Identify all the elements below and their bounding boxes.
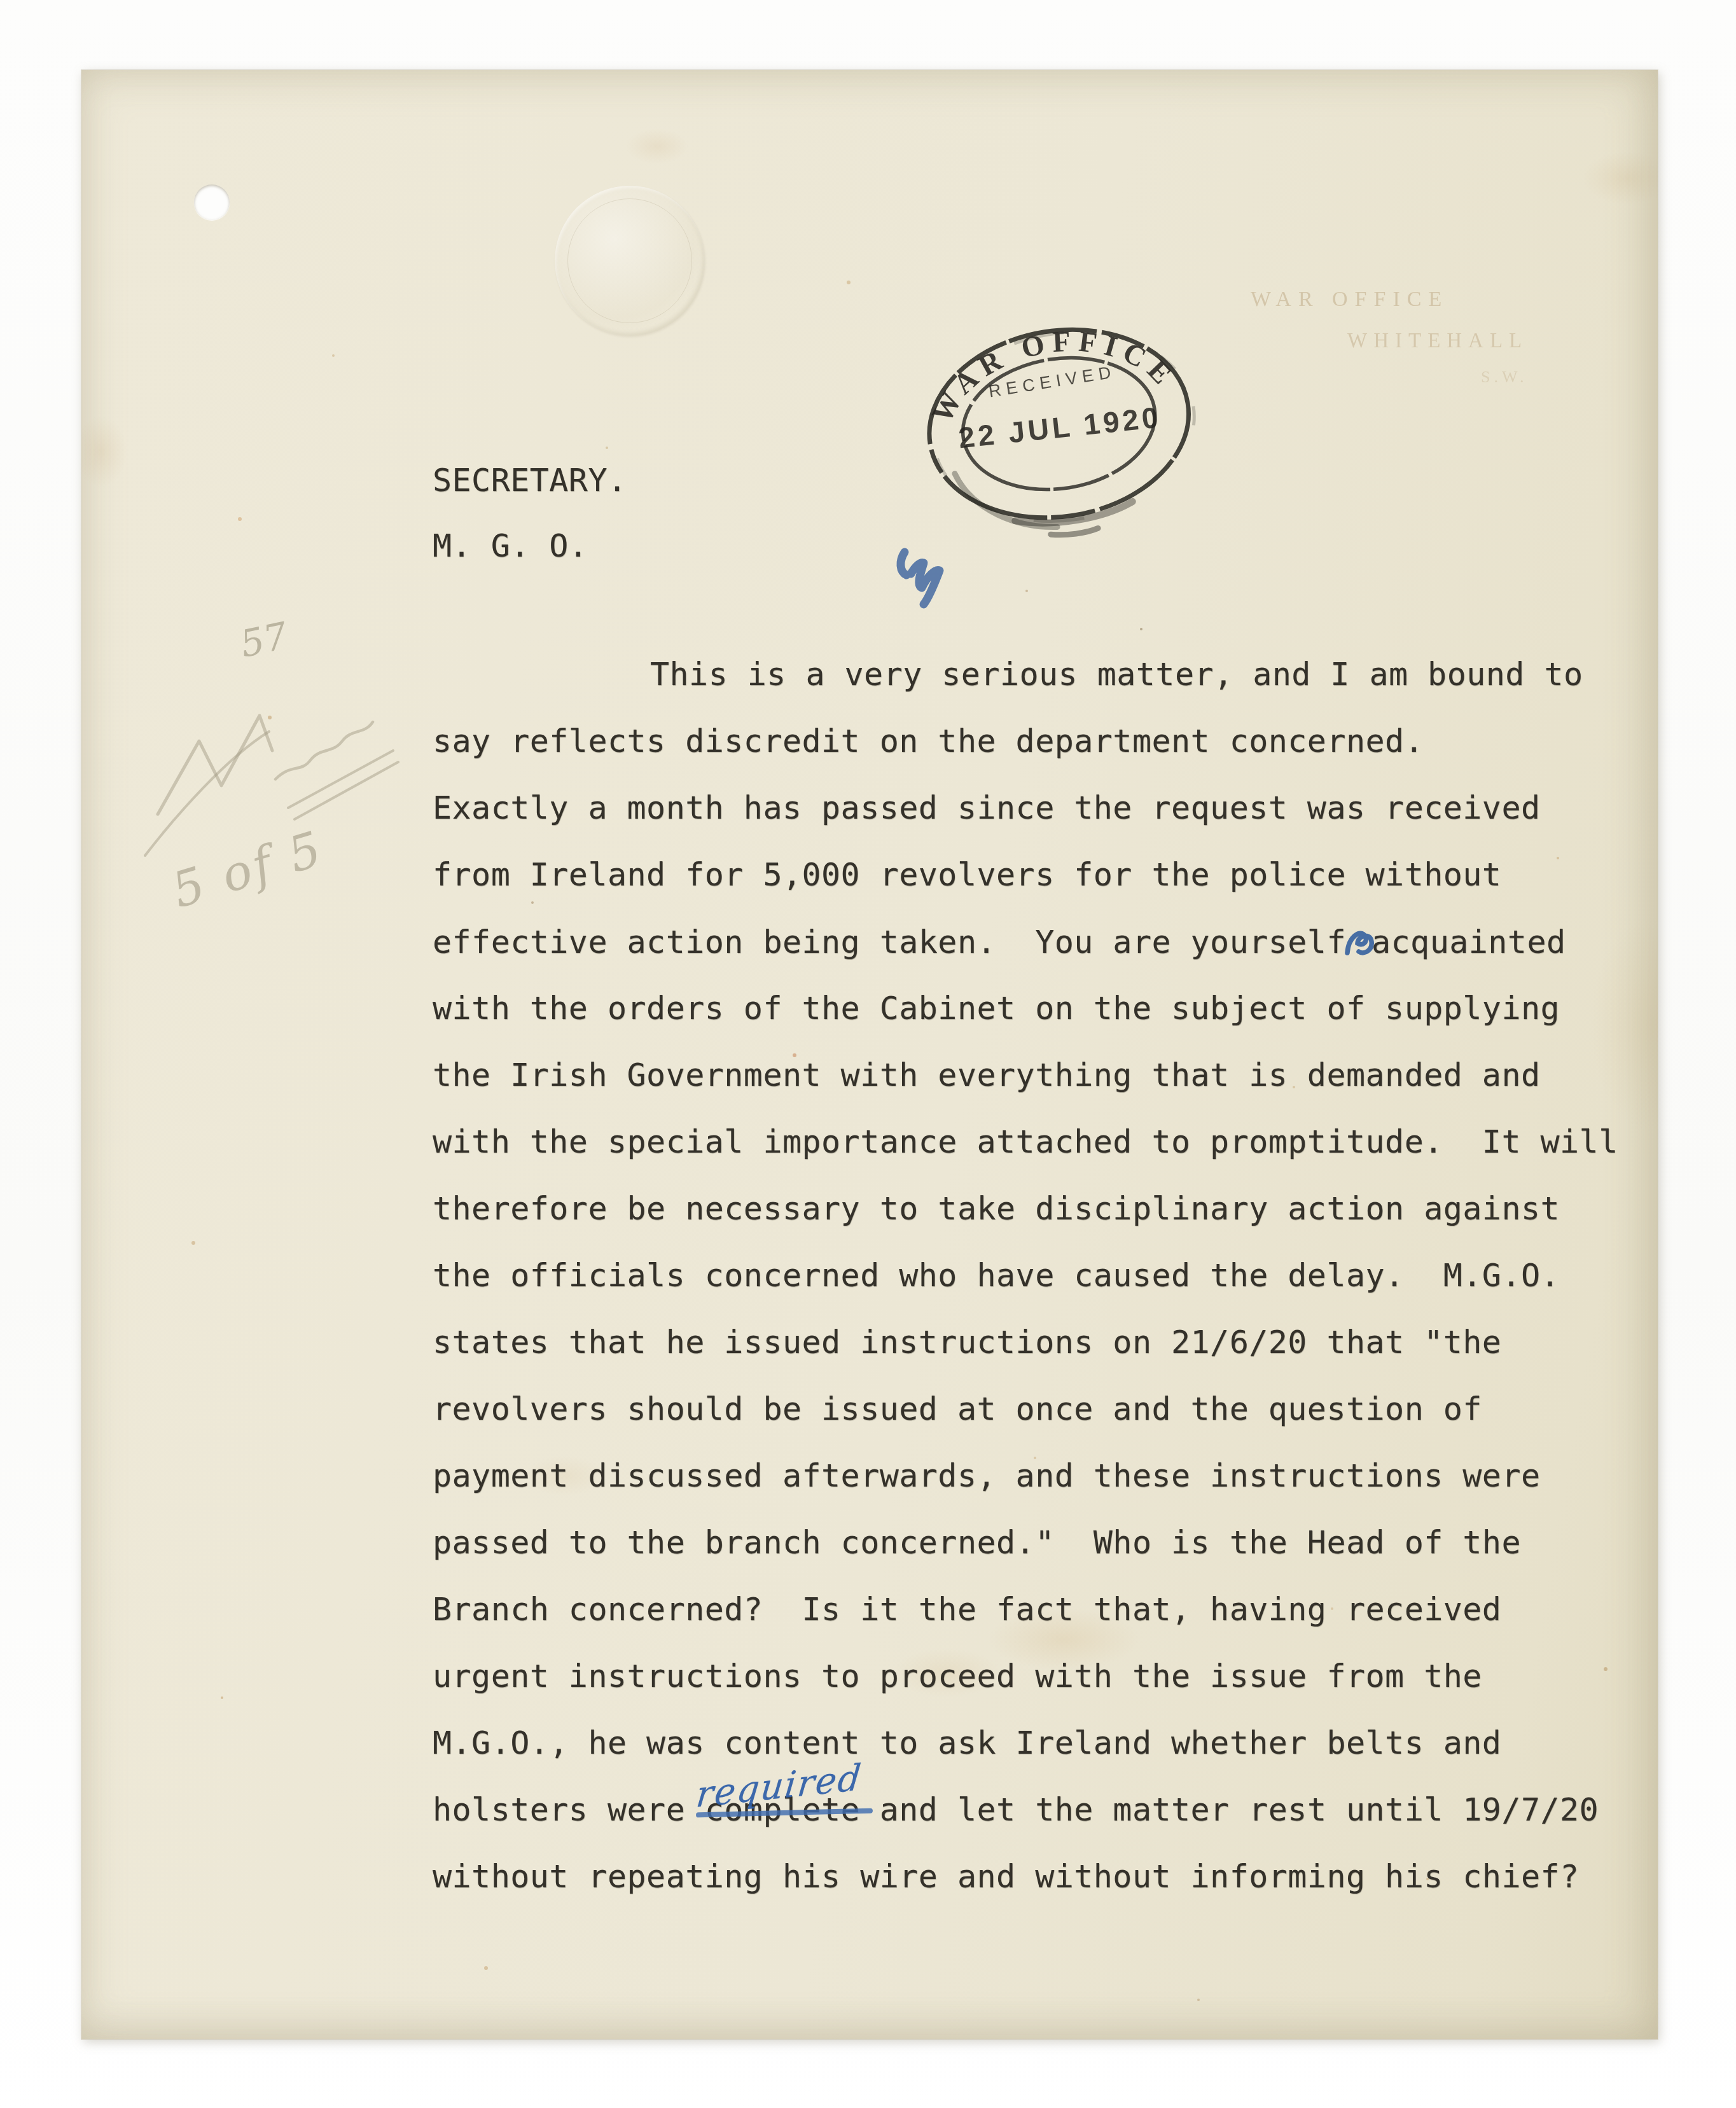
typed-text: payment discussed afterwards, and these … [433, 1457, 1541, 1494]
stamp-date-text: 22 JUL 1920 [957, 400, 1163, 454]
typed-text: M.G.O., he was content to ask Ireland wh… [433, 1724, 1501, 1761]
typed-line: say reflects discredit on the department… [433, 722, 1424, 760]
typed-line: payment discussed afterwards, and these … [433, 1457, 1541, 1495]
blue-ink-blob [1343, 922, 1375, 960]
typed-line: without repeating his wire and without i… [433, 1857, 1580, 1896]
typed-text: the officials concerned who have caused … [433, 1257, 1560, 1294]
document-page: WAR OFFICE WHITEHALL S.W. WAR OFFICE REC… [81, 70, 1658, 2039]
typed-line: with the special importance attached to … [433, 1123, 1618, 1161]
typed-text: Exactly a month has passed since the req… [433, 789, 1541, 826]
embossed-seal [555, 186, 705, 336]
typed-text: with the orders of the Cabinet on the su… [433, 990, 1560, 1027]
typed-line: revolvers should be issued at once and t… [433, 1390, 1482, 1428]
typed-text: therefore be necessary to take disciplin… [433, 1190, 1560, 1227]
typed-line: effective action being taken. You are yo… [433, 922, 1566, 961]
addressee-secretary: SECRETARY. [433, 461, 627, 499]
letterhead-sw: S.W. [1481, 368, 1528, 387]
typed-line: from Ireland for 5,000 revolvers for the… [433, 856, 1501, 894]
handwritten-correction: required [694, 1759, 863, 1813]
punch-hole [194, 184, 230, 220]
typed-line: urgent instructions to proceed with the … [433, 1657, 1482, 1695]
typed-line: passed to the branch concerned." Who is … [433, 1523, 1521, 1562]
typed-line: the officials concerned who have caused … [433, 1256, 1560, 1294]
typed-line: with the orders of the Cabinet on the su… [433, 989, 1560, 1027]
typed-text: from Ireland for 5,000 revolvers for the… [433, 856, 1501, 893]
typed-line: Exactly a month has passed since the req… [433, 789, 1541, 827]
typed-text: say reflects discredit on the department… [433, 723, 1424, 759]
typed-text: without repeating his wire and without i… [433, 1858, 1580, 1895]
typed-text: revolvers should be issued at once and t… [433, 1390, 1482, 1427]
letterhead-war-office: WAR OFFICE [1251, 288, 1448, 312]
typed-line: states that he issued instructions on 21… [433, 1323, 1501, 1361]
typed-line: M.G.O., he was content to ask Ireland wh… [433, 1724, 1501, 1762]
typed-text: Branch concerned? Is it the fact that, h… [433, 1591, 1501, 1628]
typed-text: effective action being taken. You are yo… [433, 924, 1346, 960]
typed-line: holsters were completerequired and let t… [433, 1791, 1599, 1829]
struck-word: completerequired [705, 1791, 860, 1829]
typed-text: the Irish Government with everything tha… [433, 1057, 1541, 1093]
typed-text: holsters were [433, 1791, 705, 1828]
typed-text: This is a very serious matter, and I am … [650, 656, 1583, 693]
typed-line: therefore be necessary to take disciplin… [433, 1189, 1560, 1228]
typed-text: with the special importance attached to … [433, 1123, 1618, 1160]
paper-specks [81, 70, 87, 75]
typed-line: the Irish Government with everything tha… [433, 1056, 1541, 1094]
typed-text: urgent instructions to proceed with the … [433, 1658, 1482, 1695]
blue-pencil-mark [896, 542, 978, 611]
typed-text: and let the matter rest until 19/7/20 [860, 1791, 1599, 1828]
typed-text: passed to the branch concerned." Who is … [433, 1524, 1521, 1561]
letterhead-whitehall: WHITEHALL [1347, 329, 1528, 353]
war-office-received-stamp: WAR OFFICE RECEIVED 22 JUL 1920 [891, 288, 1228, 562]
typed-line: Branch concerned? Is it the fact that, h… [433, 1590, 1501, 1628]
addressee-mgo: M. G. O. [433, 527, 588, 565]
stamp-smudge [955, 447, 1136, 551]
typed-text: states that he issued instructions on 21… [433, 1324, 1501, 1361]
typed-text: acquainted [1371, 924, 1566, 960]
typed-line: This is a very serious matter, and I am … [433, 655, 1583, 693]
